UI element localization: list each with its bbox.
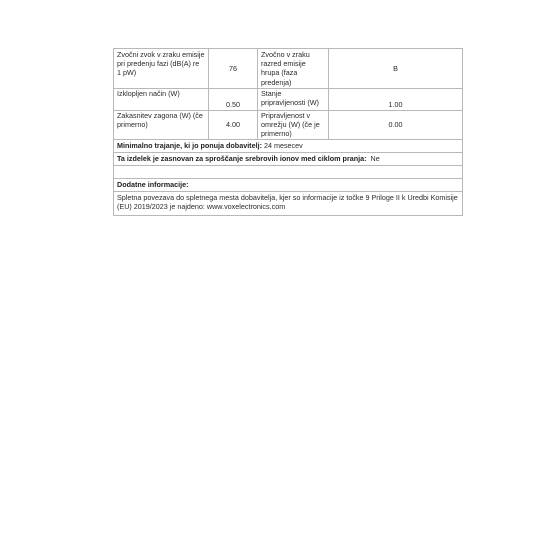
networked-standby-value: 0.00	[329, 111, 463, 140]
min-duration-label: Minimalno trajanje, ki jo ponuja dobavit…	[117, 141, 262, 150]
table-row: Minimalno trajanje, ki jo ponuja dobavit…	[114, 140, 463, 153]
noise-emission-label: Zvočni zvok v zraku emisije pri predenju…	[114, 49, 209, 89]
min-duration-cell: Minimalno trajanje, ki jo ponuja dobavit…	[114, 140, 463, 153]
empty-cell	[114, 166, 463, 179]
standby-label: Stanje pripravljenosti (W)	[258, 89, 329, 111]
table-row	[114, 166, 463, 179]
table-row: Zvočni zvok v zraku emisije pri predenju…	[114, 49, 463, 89]
energy-info-table: Zvočni zvok v zraku emisije pri predenju…	[113, 48, 463, 216]
table-row: Dodatne informacije:	[114, 179, 463, 192]
standby-value: 1.00	[329, 89, 463, 111]
delay-start-value: 4.00	[209, 111, 258, 140]
additional-info-text: Spletna povezava do spletnega mesta doba…	[114, 192, 463, 216]
table-row: Zakasnitev zagona (W) (če primerno) 4.00…	[114, 111, 463, 140]
table-row: Izklopljen način (W) 0.50 Stanje priprav…	[114, 89, 463, 111]
table-row: Ta izdelek je zasnovan za sproščanje sre…	[114, 153, 463, 166]
product-info-sheet: Zvočni zvok v zraku emisije pri predenju…	[113, 48, 462, 216]
networked-standby-label: Pripravljenost v omrežju (W) (če je prim…	[258, 111, 329, 140]
noise-class-value: B	[329, 49, 463, 89]
off-mode-label: Izklopljen način (W)	[114, 89, 209, 111]
noise-class-label: Zvočno v zraku razred emisije hrupa (faz…	[258, 49, 329, 89]
table-row: Spletna povezava do spletnega mesta doba…	[114, 192, 463, 216]
off-mode-value: 0.50	[209, 89, 258, 111]
noise-emission-value: 76	[209, 49, 258, 89]
additional-info-header-cell: Dodatne informacije:	[114, 179, 463, 192]
silver-ions-value: Ne	[371, 154, 380, 163]
delay-start-label: Zakasnitev zagona (W) (če primerno)	[114, 111, 209, 140]
additional-info-label: Dodatne informacije:	[117, 180, 189, 189]
min-duration-value: 24 mesecev	[264, 141, 303, 150]
silver-ions-label: Ta izdelek je zasnovan za sproščanje sre…	[117, 154, 367, 163]
silver-ions-cell: Ta izdelek je zasnovan za sproščanje sre…	[114, 153, 463, 166]
